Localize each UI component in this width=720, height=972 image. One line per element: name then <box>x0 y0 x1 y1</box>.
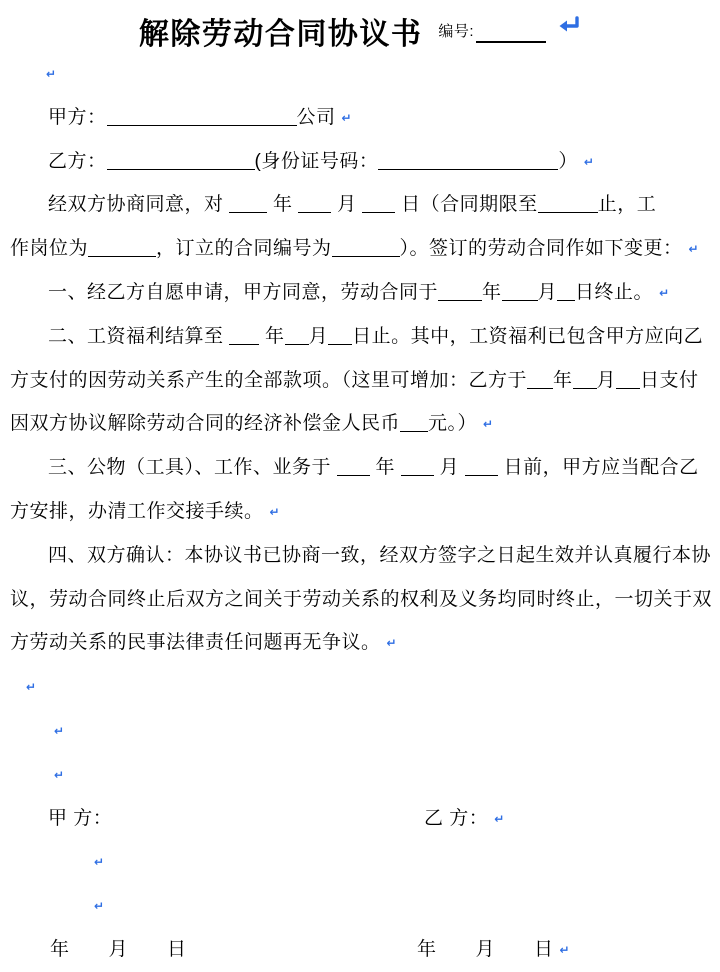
text-run: 一、经乙方自愿申请，甲方同意，劳动合同于 <box>48 282 438 303</box>
blank-fill-in-field[interactable] <box>362 197 395 213</box>
blank-fill-in-field[interactable] <box>107 154 255 170</box>
doc-number-group: 编号: <box>438 20 546 43</box>
text-run: 二、工资福利结算至 <box>48 326 229 347</box>
line-break-return-icon <box>556 15 581 38</box>
intro-line-1: 经双方协商同意，对 年 月 日（合同期限至止，工 <box>10 183 710 227</box>
text-run: ）。签订的劳动合同作如下变更： <box>400 238 683 259</box>
text-run: (身份证号码： <box>255 151 379 172</box>
paragraph-mark-icon: ↵ <box>483 417 494 431</box>
clause-4-line-3: 方劳动关系的民事法律责任问题再无争议。↵ <box>10 621 710 665</box>
blank-fill-in-field[interactable] <box>328 329 352 345</box>
blank-fill-in-field[interactable] <box>337 460 370 476</box>
text-run: ） <box>558 151 578 172</box>
blank-fill-in-field[interactable] <box>538 197 598 213</box>
clause-2-line-2: 方支付的因劳动关系产生的全部款项。（这里可增加：乙方于年月日支付 <box>10 359 710 403</box>
date-row-right-column: 年 月 日↵ <box>417 928 570 972</box>
blank-fill-in-field[interactable] <box>401 460 434 476</box>
clause-2-line-1: 二、工资福利结算至 年月日止。其中，工资福利已包含甲方应向乙 <box>10 315 710 359</box>
blank-fill-in-field[interactable] <box>502 285 538 301</box>
signature-row: 甲 方：乙 方：↵ <box>10 797 710 841</box>
text-run: 甲 方： <box>48 808 112 829</box>
text-run: 日前，甲方应当配合乙 <box>498 457 699 478</box>
intro-line-2: 作岗位为，订立的合同编号为）。签订的劳动合同作如下变更：↵ <box>10 227 710 271</box>
blank-fill-in-field[interactable] <box>88 241 156 257</box>
paragraph-mark-icon: ↵ <box>494 812 505 826</box>
empty-paragraph: ↵ <box>10 709 710 753</box>
blank-fill-in-field[interactable] <box>527 373 553 389</box>
document-page: 解除劳动合同协议书 编号: ↵甲方：公司↵乙方：(身份证号码：）↵经双方协商同意… <box>0 0 720 972</box>
clause-3-line-2: 方安排，办清工作交接手续。↵ <box>10 490 710 534</box>
clause-4-line-1: 四、双方确认：本协议书已协商一致，经双方签字之日起生效并认真履行本协 <box>10 534 710 578</box>
text-run: 议，劳动合同终止后双方之间关于劳动关系的权利及义务均同时终止，一切关于双 <box>10 589 712 610</box>
text-run: 月 <box>331 194 362 215</box>
clause-1-line: 一、经乙方自愿申请，甲方同意，劳动合同于年月日终止。↵ <box>10 271 710 315</box>
paragraph-mark-icon: ↵ <box>387 636 398 650</box>
paragraph-mark-icon: ↵ <box>342 111 353 125</box>
empty-paragraph: ↵ <box>10 52 710 96</box>
text-run: 止，工 <box>598 194 657 215</box>
page-title: 解除劳动合同协议书 <box>139 9 423 53</box>
blank-fill-in-field[interactable] <box>465 460 498 476</box>
text-run: 元。） <box>428 413 477 434</box>
blank-fill-in-field[interactable] <box>557 285 575 301</box>
text-run: 月 <box>538 282 558 303</box>
text-run: 年 <box>267 194 298 215</box>
clause-4-line-2: 议，劳动合同终止后双方之间关于劳动关系的权利及义务均同时终止，一切关于双 <box>10 578 710 622</box>
empty-paragraph: ↵ <box>10 840 710 884</box>
paragraph-mark-icon: ↵ <box>584 155 595 169</box>
text-run: 月 <box>309 326 329 347</box>
text-run: 方劳动关系的民事法律责任问题再无争议。 <box>10 632 381 653</box>
clause-2-line-3: 因双方协议解除劳动合同的经济补偿金人民币元。）↵ <box>10 402 710 446</box>
blank-fill-in-field[interactable] <box>229 329 259 345</box>
clause-3-line-1: 三、公物（工具）、工作、业务于 年 月 日前，甲方应当配合乙 <box>10 446 710 490</box>
paragraph-mark-icon: ↵ <box>94 855 105 869</box>
text-run: 作岗位为 <box>10 238 88 259</box>
text-run: 甲方： <box>48 107 107 128</box>
text-run: 年 <box>482 282 502 303</box>
text-run: 月 <box>597 370 617 391</box>
party-b-line: 乙方：(身份证号码：）↵ <box>10 140 710 184</box>
text-run: 乙方： <box>48 151 107 172</box>
blank-fill-in-field[interactable] <box>400 416 428 432</box>
signature-row-right-column: 乙 方：↵ <box>424 797 505 842</box>
text-run: 年 月 日 <box>50 939 187 960</box>
document-body: ↵甲方：公司↵乙方：(身份证号码：）↵经双方协商同意，对 年 月 日（合同期限至… <box>10 52 710 972</box>
text-run: 方安排，办清工作交接手续。 <box>10 501 264 522</box>
blank-fill-in-field[interactable] <box>378 154 558 170</box>
paragraph-mark-icon: ↵ <box>689 242 700 256</box>
text-run: 月 <box>434 457 465 478</box>
title-row: 解除劳动合同协议书 编号: <box>10 0 710 52</box>
text-run: 公司 <box>297 107 336 128</box>
blank-fill-in-field[interactable] <box>332 241 400 257</box>
text-run: 年 <box>259 326 284 347</box>
text-run: 日止。其中，工资福利已包含甲方应向乙 <box>352 326 703 347</box>
blank-fill-in-field[interactable] <box>573 373 597 389</box>
blank-fill-in-field[interactable] <box>616 373 640 389</box>
text-run: ，订立的合同编号为 <box>156 238 332 259</box>
party-a-line: 甲方：公司↵ <box>10 96 710 140</box>
paragraph-mark-icon: ↵ <box>94 899 105 913</box>
blank-fill-in-field[interactable] <box>107 110 297 126</box>
text-run: 日终止。 <box>575 282 653 303</box>
empty-paragraph: ↵ <box>10 884 710 928</box>
text-run: 年 <box>553 370 573 391</box>
text-run: 四、双方确认：本协议书已协商一致，经双方签字之日起生效并认真履行本协 <box>48 545 711 566</box>
doc-number-blank-field[interactable] <box>476 23 546 43</box>
text-run: 日（合同期限至 <box>395 194 537 215</box>
empty-paragraph: ↵ <box>10 753 710 797</box>
paragraph-mark-icon: ↵ <box>659 286 670 300</box>
text-run: 乙 方： <box>424 808 488 829</box>
text-run: 方支付的因劳动关系产生的全部款项。（这里可增加：乙方于 <box>10 370 527 391</box>
empty-paragraph: ↵ <box>10 665 710 709</box>
text-run: 因双方协议解除劳动合同的经济补偿金人民币 <box>10 413 400 434</box>
paragraph-mark-icon: ↵ <box>46 67 57 81</box>
text-run: 年 月 日 <box>417 939 554 960</box>
blank-fill-in-field[interactable] <box>438 285 482 301</box>
text-run: 三、公物（工具）、工作、业务于 <box>48 457 337 478</box>
date-row: 年 月 日年 月 日↵ <box>10 928 710 972</box>
blank-fill-in-field[interactable] <box>229 197 267 213</box>
paragraph-mark-icon: ↵ <box>54 768 65 782</box>
text-run: 年 <box>370 457 401 478</box>
doc-number-label: 编号: <box>438 20 474 43</box>
blank-fill-in-field[interactable] <box>298 197 331 213</box>
text-run: 日支付 <box>640 370 699 391</box>
paragraph-mark-icon: ↵ <box>26 680 37 694</box>
blank-fill-in-field[interactable] <box>285 329 309 345</box>
paragraph-mark-icon: ↵ <box>560 943 571 957</box>
paragraph-mark-icon: ↵ <box>270 505 281 519</box>
paragraph-mark-icon: ↵ <box>54 724 65 738</box>
text-run: 经双方协商同意，对 <box>48 194 229 215</box>
